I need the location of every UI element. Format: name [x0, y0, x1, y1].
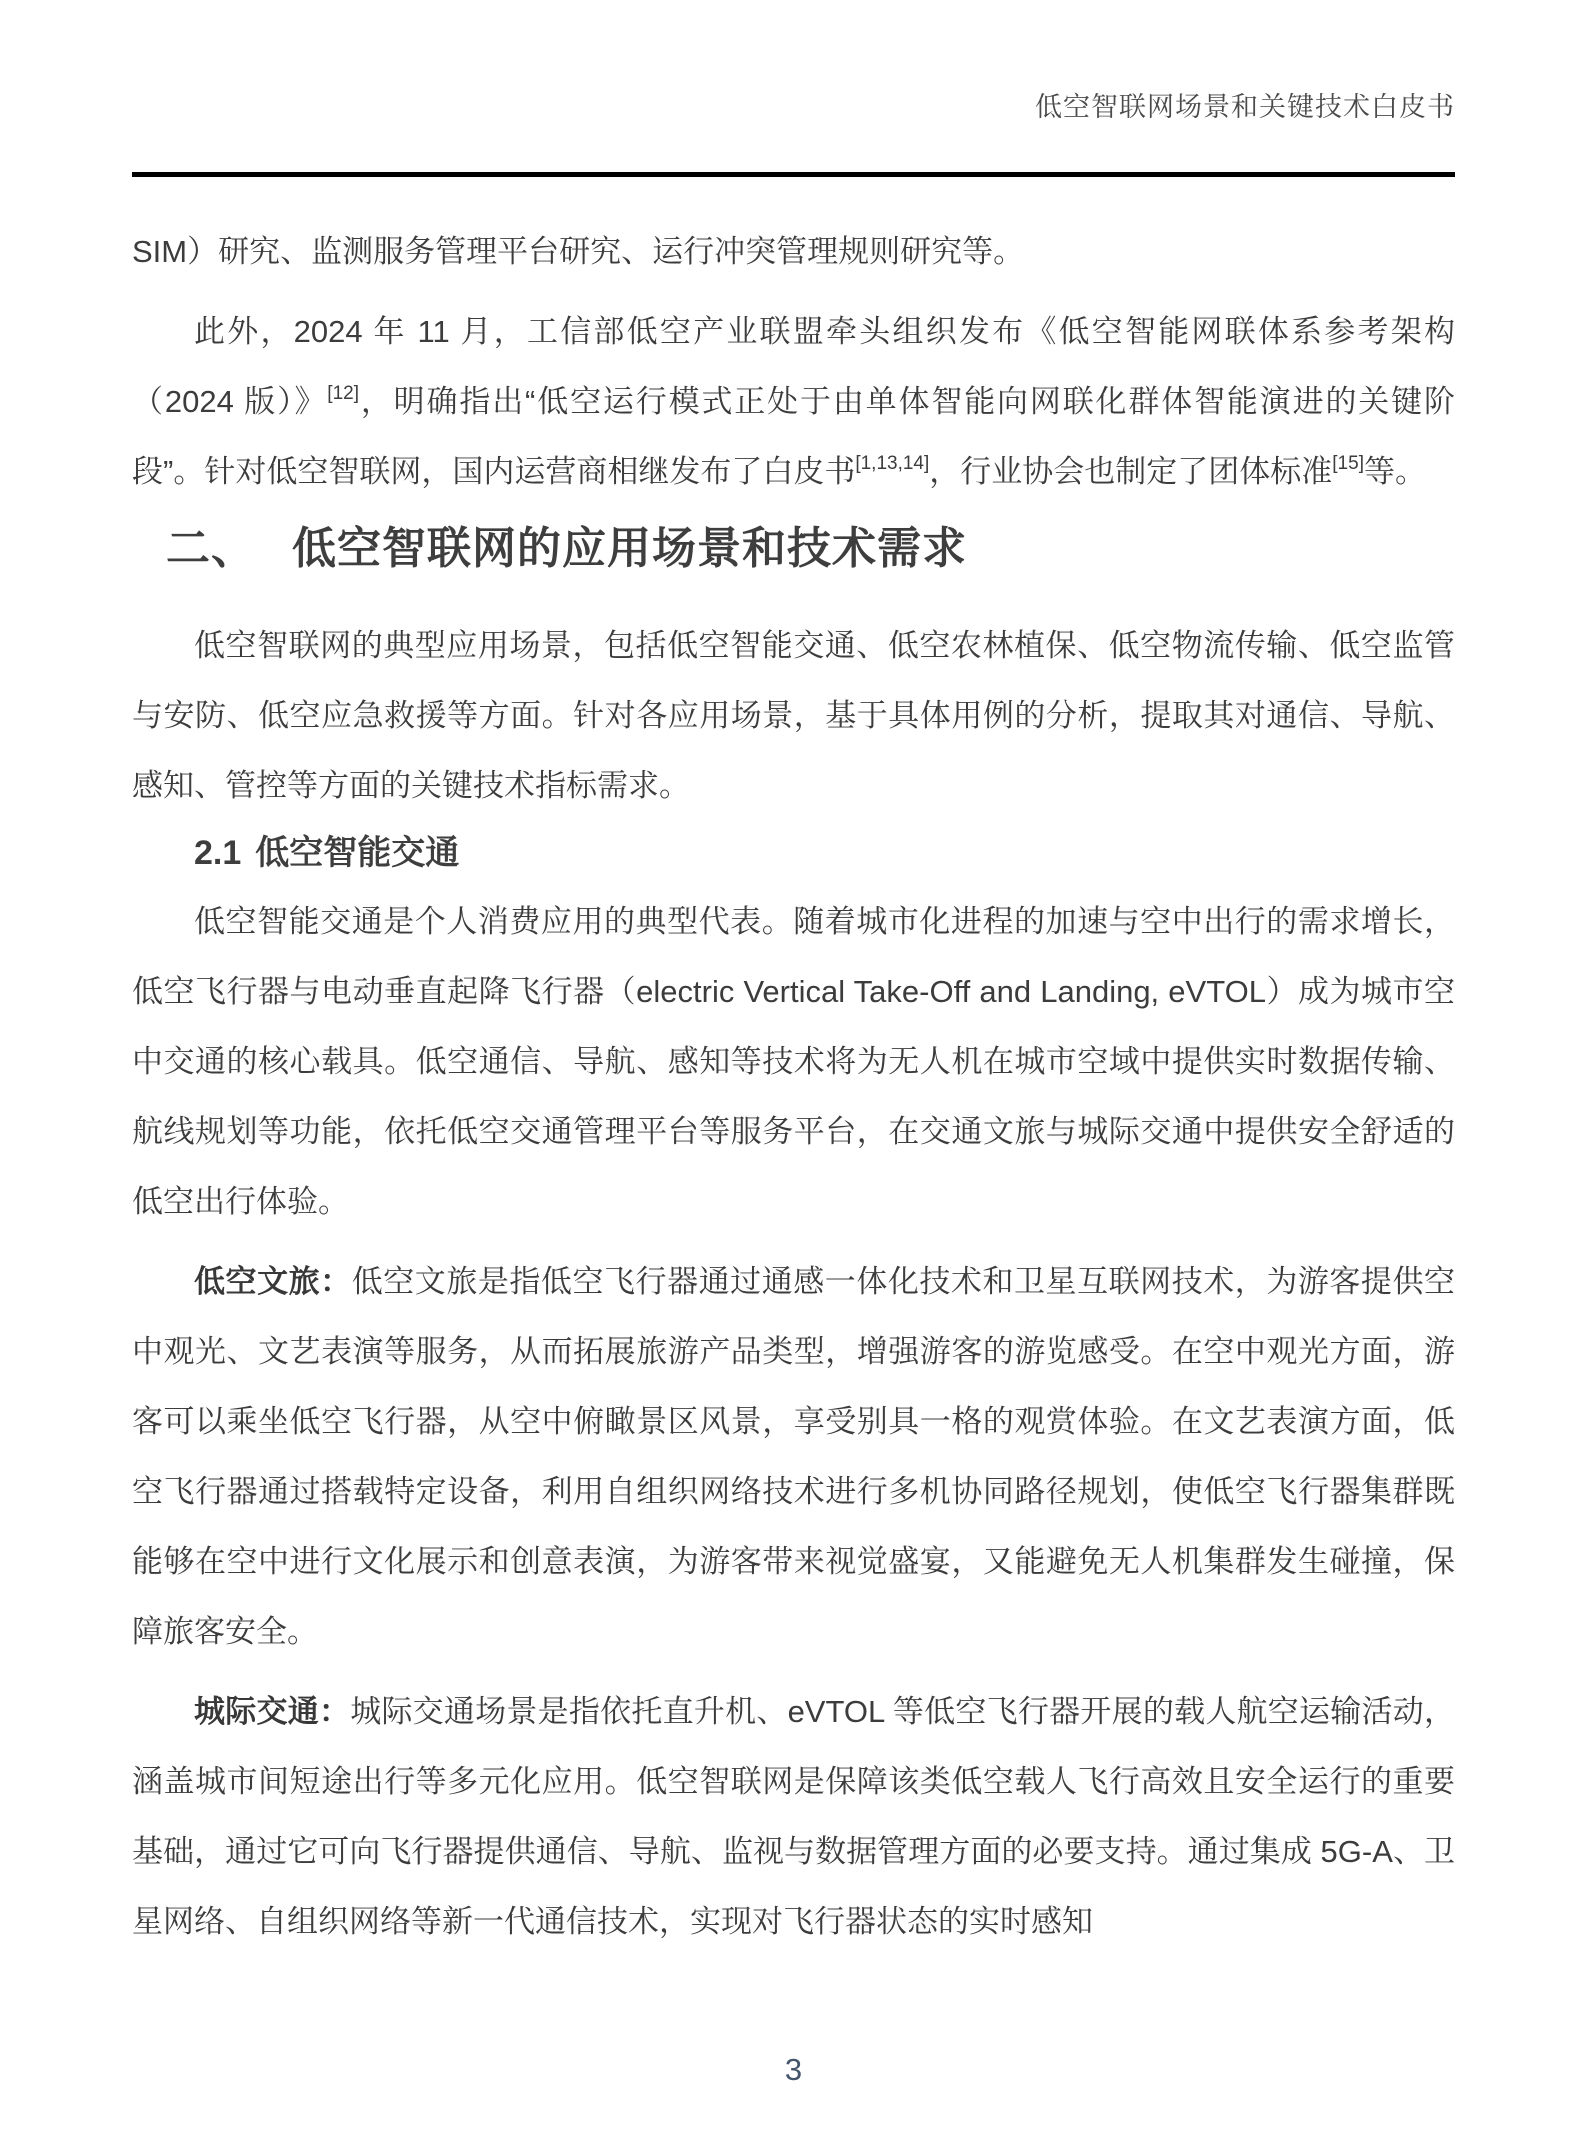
paragraph-lead-label: 城际交通： [194, 1694, 350, 1729]
paragraph-text: 城际交通场景是指依托直升机、eVTOL 等低空飞行器开展的载人航空运输活动，涵盖… [132, 1694, 1455, 1939]
paragraph-text: ，行业协会也制定了团体标准 [929, 454, 1332, 489]
section-number: 二、 [166, 524, 256, 573]
reference-12: [12] [327, 383, 359, 404]
paragraph-intercity-traffic: 城际交通：城际交通场景是指依托直升机、eVTOL 等低空飞行器开展的载人航空运输… [132, 1677, 1455, 1957]
paragraph-scenarios-overview: 低空智联网的典型应用场景，包括低空智能交通、低空农林植保、低空物流传输、低空监管… [132, 611, 1455, 821]
subsection-title: 低空智能交通 [255, 834, 459, 872]
header-title: 低空智联网场景和关键技术白皮书 [132, 90, 1455, 124]
subsection-number: 2.1 [194, 834, 241, 872]
subsection-heading-2-1: 2.1低空智能交通 [132, 831, 1455, 875]
reference-15: [15] [1332, 453, 1364, 474]
paragraph-low-altitude-tourism: 低空文旅：低空文旅是指低空飞行器通过通感一体化技术和卫星互联网技术，为游客提供空… [132, 1247, 1455, 1667]
header-rule [132, 172, 1455, 177]
paragraph-text: 等。 [1364, 454, 1426, 489]
paragraph-text: 低空文旅是指低空飞行器通过通感一体化技术和卫星互联网技术，为游客提供空中观光、文… [132, 1264, 1455, 1649]
paragraph-lead-label: 低空文旅： [194, 1264, 352, 1299]
paragraph-smart-traffic-intro: 低空智能交通是个人消费应用的典型代表。随着城市化进程的加速与空中出行的需求增长，… [132, 887, 1455, 1237]
page-header: 低空智联网场景和关键技术白皮书 [132, 90, 1455, 177]
page-number: 3 [0, 2052, 1587, 2088]
section-title: 低空智联网的应用场景和技术需求 [292, 524, 967, 573]
paragraph-continuation: SIM）研究、监测服务管理平台研究、运行冲突管理规则研究等。 [132, 217, 1455, 287]
section-heading-2: 二、低空智联网的应用场景和技术需求 [132, 519, 1455, 579]
paragraph-policy: 此外，2024 年 11 月，工信部低空产业联盟牵头组织发布《低空智能网联体系参… [132, 297, 1455, 507]
document-page: 低空智联网场景和关键技术白皮书 SIM）研究、监测服务管理平台研究、运行冲突管理… [0, 0, 1587, 2154]
page-body: SIM）研究、监测服务管理平台研究、运行冲突管理规则研究等。 此外，2024 年… [132, 217, 1455, 1957]
reference-1-13-14: [1,13,14] [855, 453, 929, 474]
